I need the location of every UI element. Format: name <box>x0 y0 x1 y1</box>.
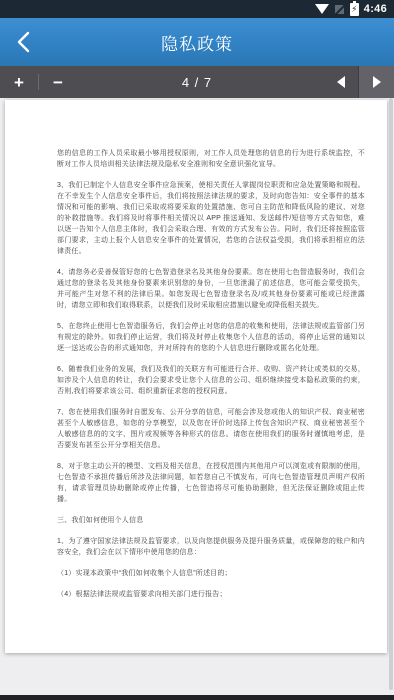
previous-page-button[interactable] <box>324 66 358 98</box>
paragraph: 1、为了遵守国家法律法规及监管要求，以及向您提供服务及提升服务质量，或保障您的账… <box>57 536 365 558</box>
arrow-left-icon <box>337 76 345 88</box>
paragraph: 5、在您终止使用七色智造服务后，我们会停止对您的信息的收集和使用，法律法规或监管… <box>57 321 365 354</box>
document-text: 您的信息的工作人员采取最小够用授权原则，对工作人员处理您的信息的行为进行系统监控… <box>57 148 365 600</box>
list-item: （4）根据法律法规或监管要求向相关部门进行报告； <box>57 589 365 600</box>
arrow-right-icon <box>373 76 381 88</box>
status-bar: ⚡ 4:46 <box>0 0 394 18</box>
zoom-out-button[interactable]: − <box>39 66 77 98</box>
scrollbar[interactable] <box>389 98 393 690</box>
page-nav-group <box>324 66 394 98</box>
next-page-button[interactable] <box>358 66 394 98</box>
back-button[interactable] <box>0 18 48 66</box>
paragraph: 您的信息的工作人员采取最小够用授权原则，对工作人员处理您的信息的行为进行系统监控… <box>57 148 365 170</box>
pdf-page: 您的信息的工作人员采取最小够用授权原则，对工作人员处理您的信息的行为进行系统监控… <box>5 100 387 653</box>
pdf-viewer-app: ⚡ 4:46 隐私政策 + − 4 / 7 您的信息的工作人员 <box>0 0 394 700</box>
app-header: 隐私政策 <box>0 18 394 66</box>
wifi-icon <box>315 4 329 14</box>
pdf-toolbar: + − 4 / 7 <box>0 66 394 98</box>
zoom-in-button[interactable]: + <box>0 66 38 98</box>
paragraph: 7、您在使用我们服务时自愿发布、公开分享的信息，可能会涉及您或他人的知识产权、商… <box>57 407 365 451</box>
paragraph: 6、随着我们业务的发展，我们及我们的关联方有可能进行合并、收购、资产转让或类似的… <box>57 364 365 397</box>
no-signal-icon <box>334 4 345 15</box>
paragraph: 3、我们已制定个人信息安全事件应急预案，使相关责任人掌握岗位职责和应急处置策略和… <box>57 180 365 257</box>
paragraph: 4、请您务必妥善保管好您的七色智造登录名及其他身份要素。您在使用七色智造服务时，… <box>57 267 365 311</box>
list-item: （1）实现本政策中“我们如何收集个人信息”所述目的； <box>57 568 365 579</box>
status-time: 4:46 <box>364 3 387 15</box>
document-viewport[interactable]: 您的信息的工作人员采取最小够用授权原则，对工作人员处理您的信息的行为进行系统监控… <box>0 98 394 695</box>
bottom-system-bar <box>0 695 394 700</box>
battery-charging-icon: ⚡ <box>350 3 359 16</box>
page-title: 隐私政策 <box>0 30 394 55</box>
section-heading: 三、我们如何使用个人信息 <box>57 515 365 526</box>
paragraph: 8、对于您主动公开的模型、文档及相关信息，在授权范围内其他用户可以浏览或有限制的… <box>57 461 365 505</box>
chevron-left-icon <box>15 31 33 53</box>
